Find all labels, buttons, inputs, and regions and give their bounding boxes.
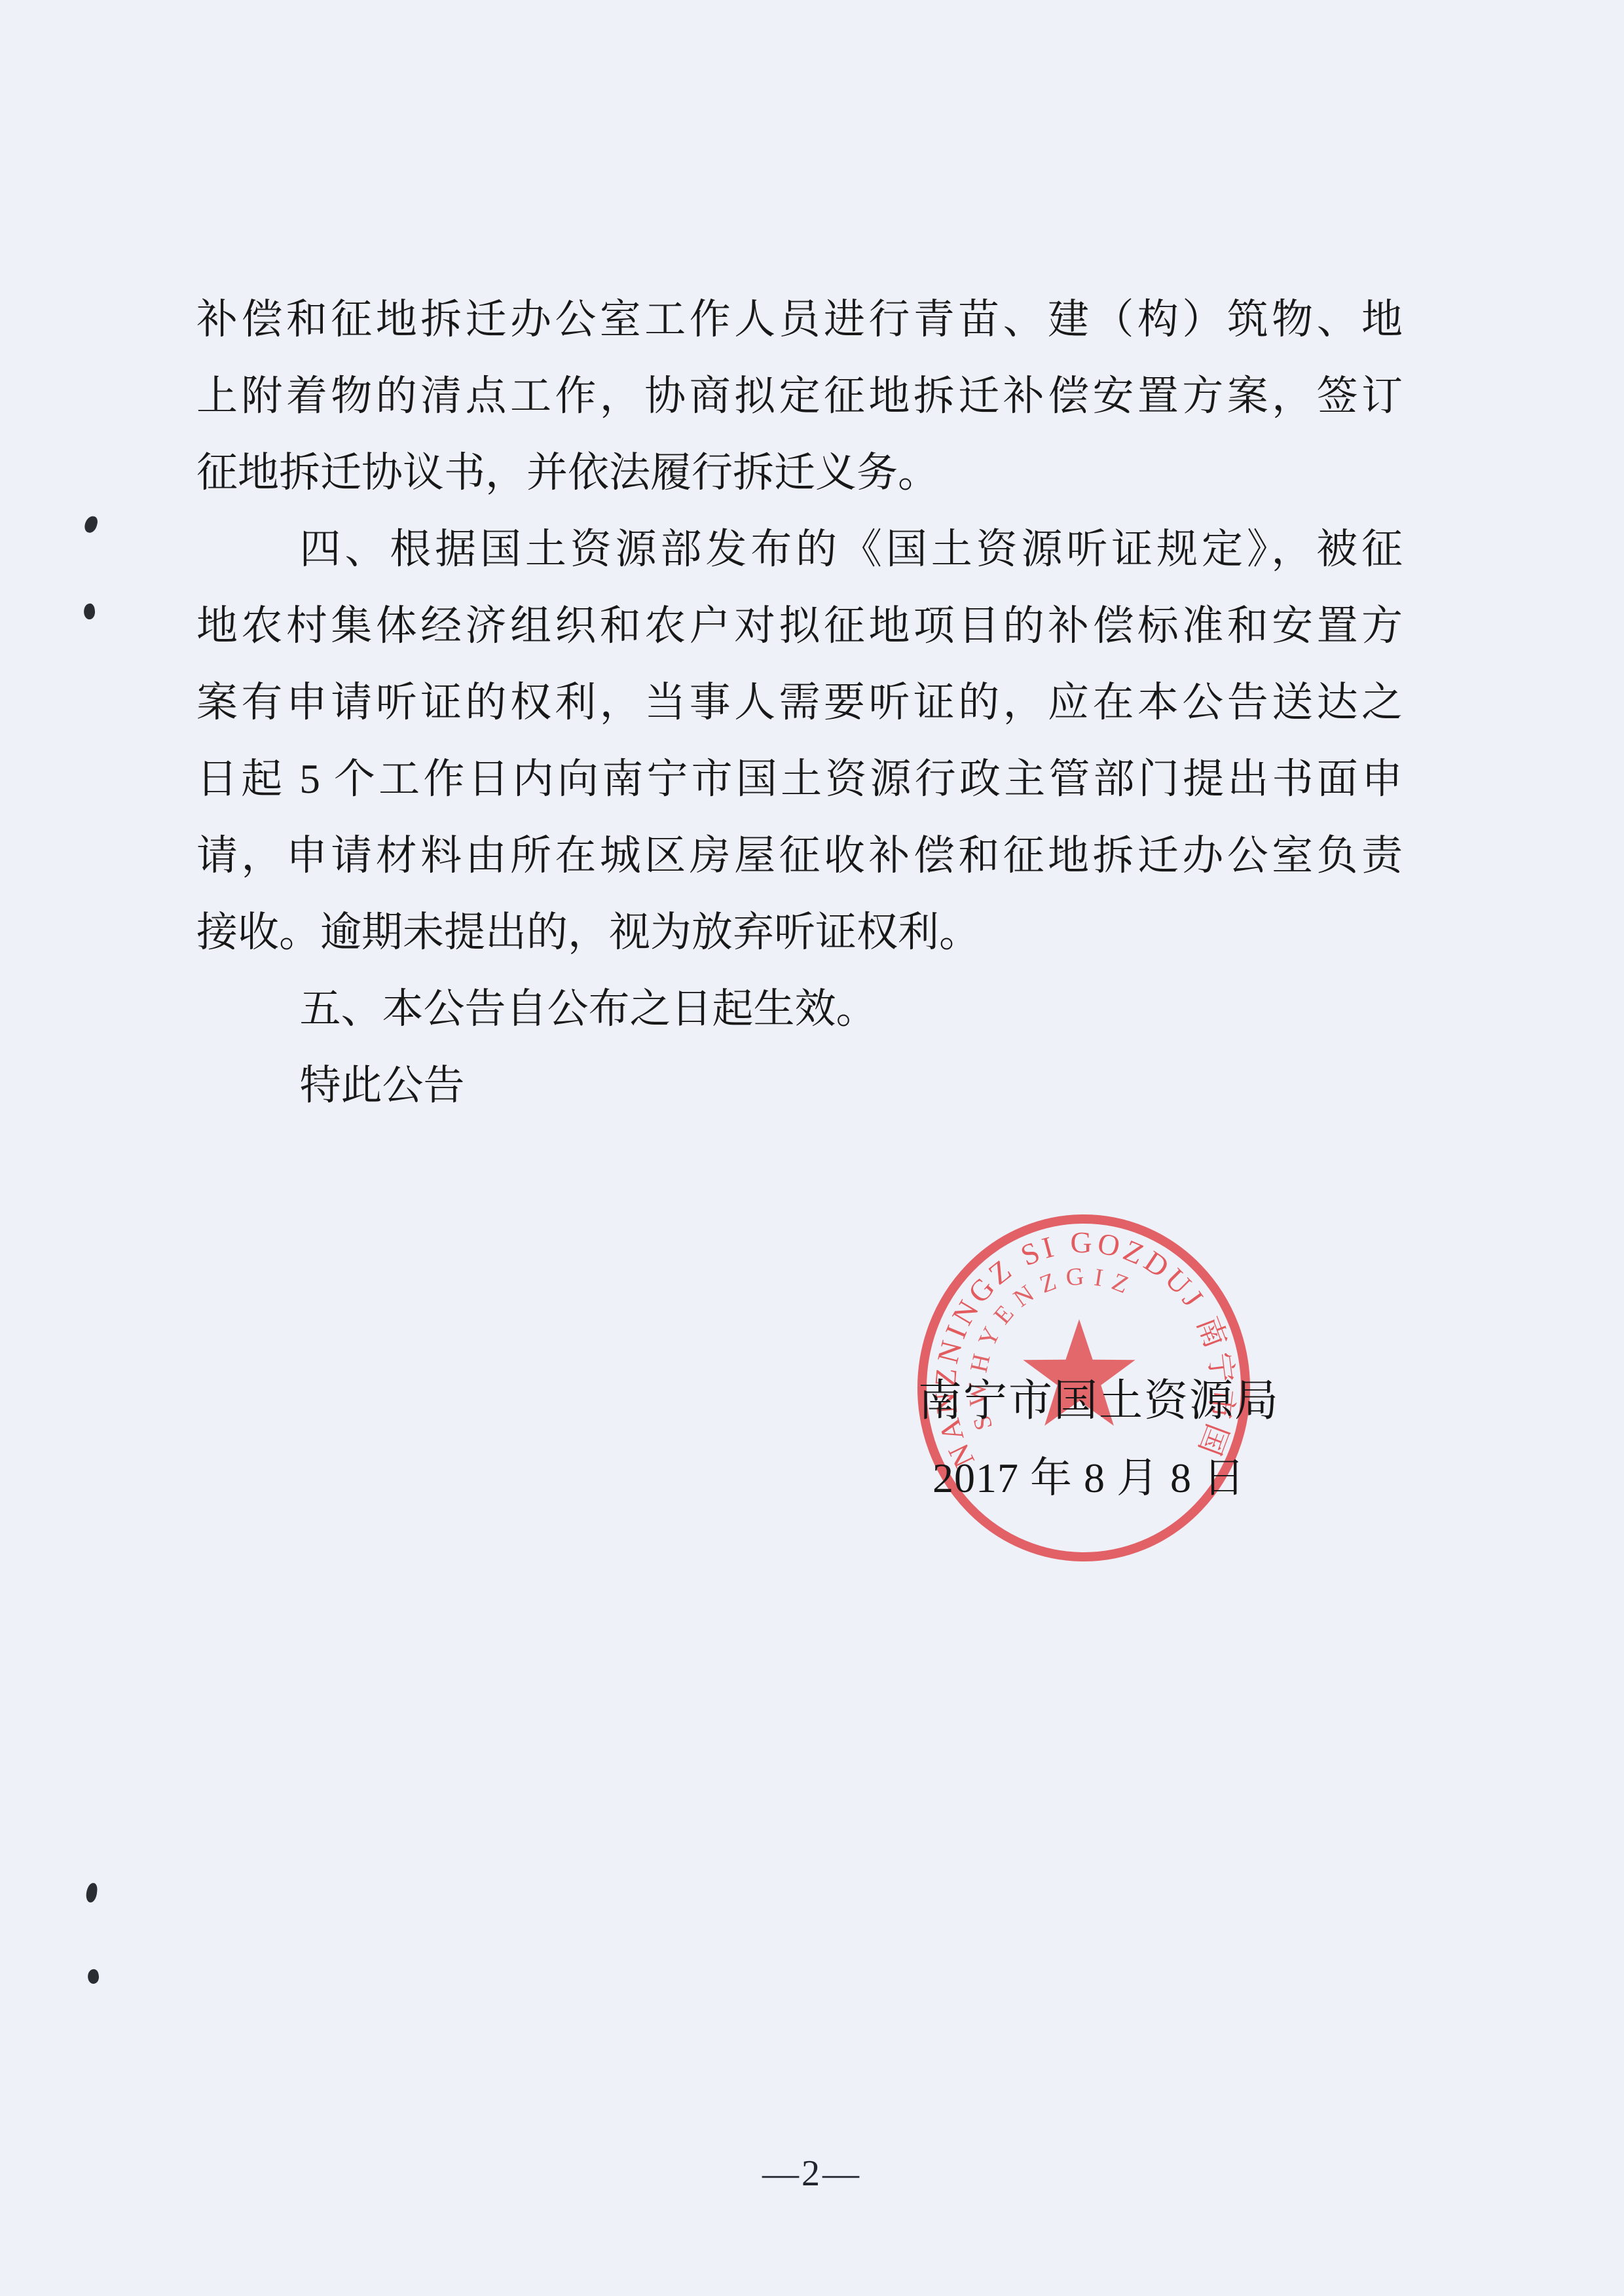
- body-text-line: 补偿和征地拆迁办公室工作人员进行青苗、建（构）筑物、地: [196, 282, 1403, 358]
- signature-date: 2017 年 8 月 8 日: [932, 1444, 1246, 1504]
- body-text-line: 日起 5 个工作日内向南宁市国土资源行政主管部门提出书面申: [196, 741, 1403, 818]
- body-text-line: 上附着物的清点工作，协商拟定征地拆迁补偿安置方案，签订: [196, 358, 1403, 435]
- page-number: —2—: [0, 2153, 1624, 2195]
- scan-artifact: [85, 1882, 98, 1903]
- body-text-line: 五、本公告自公布之日起生效。: [196, 971, 1403, 1048]
- scan-artifact: [83, 515, 99, 534]
- body-text-line: 征地拆迁协议书，并依法履行拆迁义务。: [196, 435, 1403, 511]
- body-text-line: 接收。逾期未提出的，视为放弃听证权利。: [196, 894, 1403, 971]
- document-page: 补偿和征地拆迁办公室工作人员进行青苗、建（构）筑物、地 上附着物的清点工作，协商…: [0, 0, 1624, 2296]
- body-text-line: 请，申请材料由所在城区房屋征收补偿和征地拆迁办公室负责: [196, 818, 1403, 894]
- body-text-line: 案有申请听证的权利，当事人需要听证的，应在本公告送达之: [196, 665, 1403, 741]
- signature-organization: 南宁市国土资源局: [918, 1366, 1280, 1429]
- scan-artifact: [83, 603, 96, 620]
- body-text-line: 特此公告: [196, 1048, 1403, 1124]
- scan-artifact: [86, 1968, 100, 1984]
- announcement-body: 补偿和征地拆迁办公室工作人员进行青苗、建（构）筑物、地 上附着物的清点工作，协商…: [196, 282, 1403, 1124]
- body-text-line: 地农村集体经济组织和农户对拟征地项目的补偿标准和安置方: [196, 588, 1403, 665]
- body-text-line: 四、根据国土资源部发布的《国土资源听证规定》，被征: [196, 511, 1403, 588]
